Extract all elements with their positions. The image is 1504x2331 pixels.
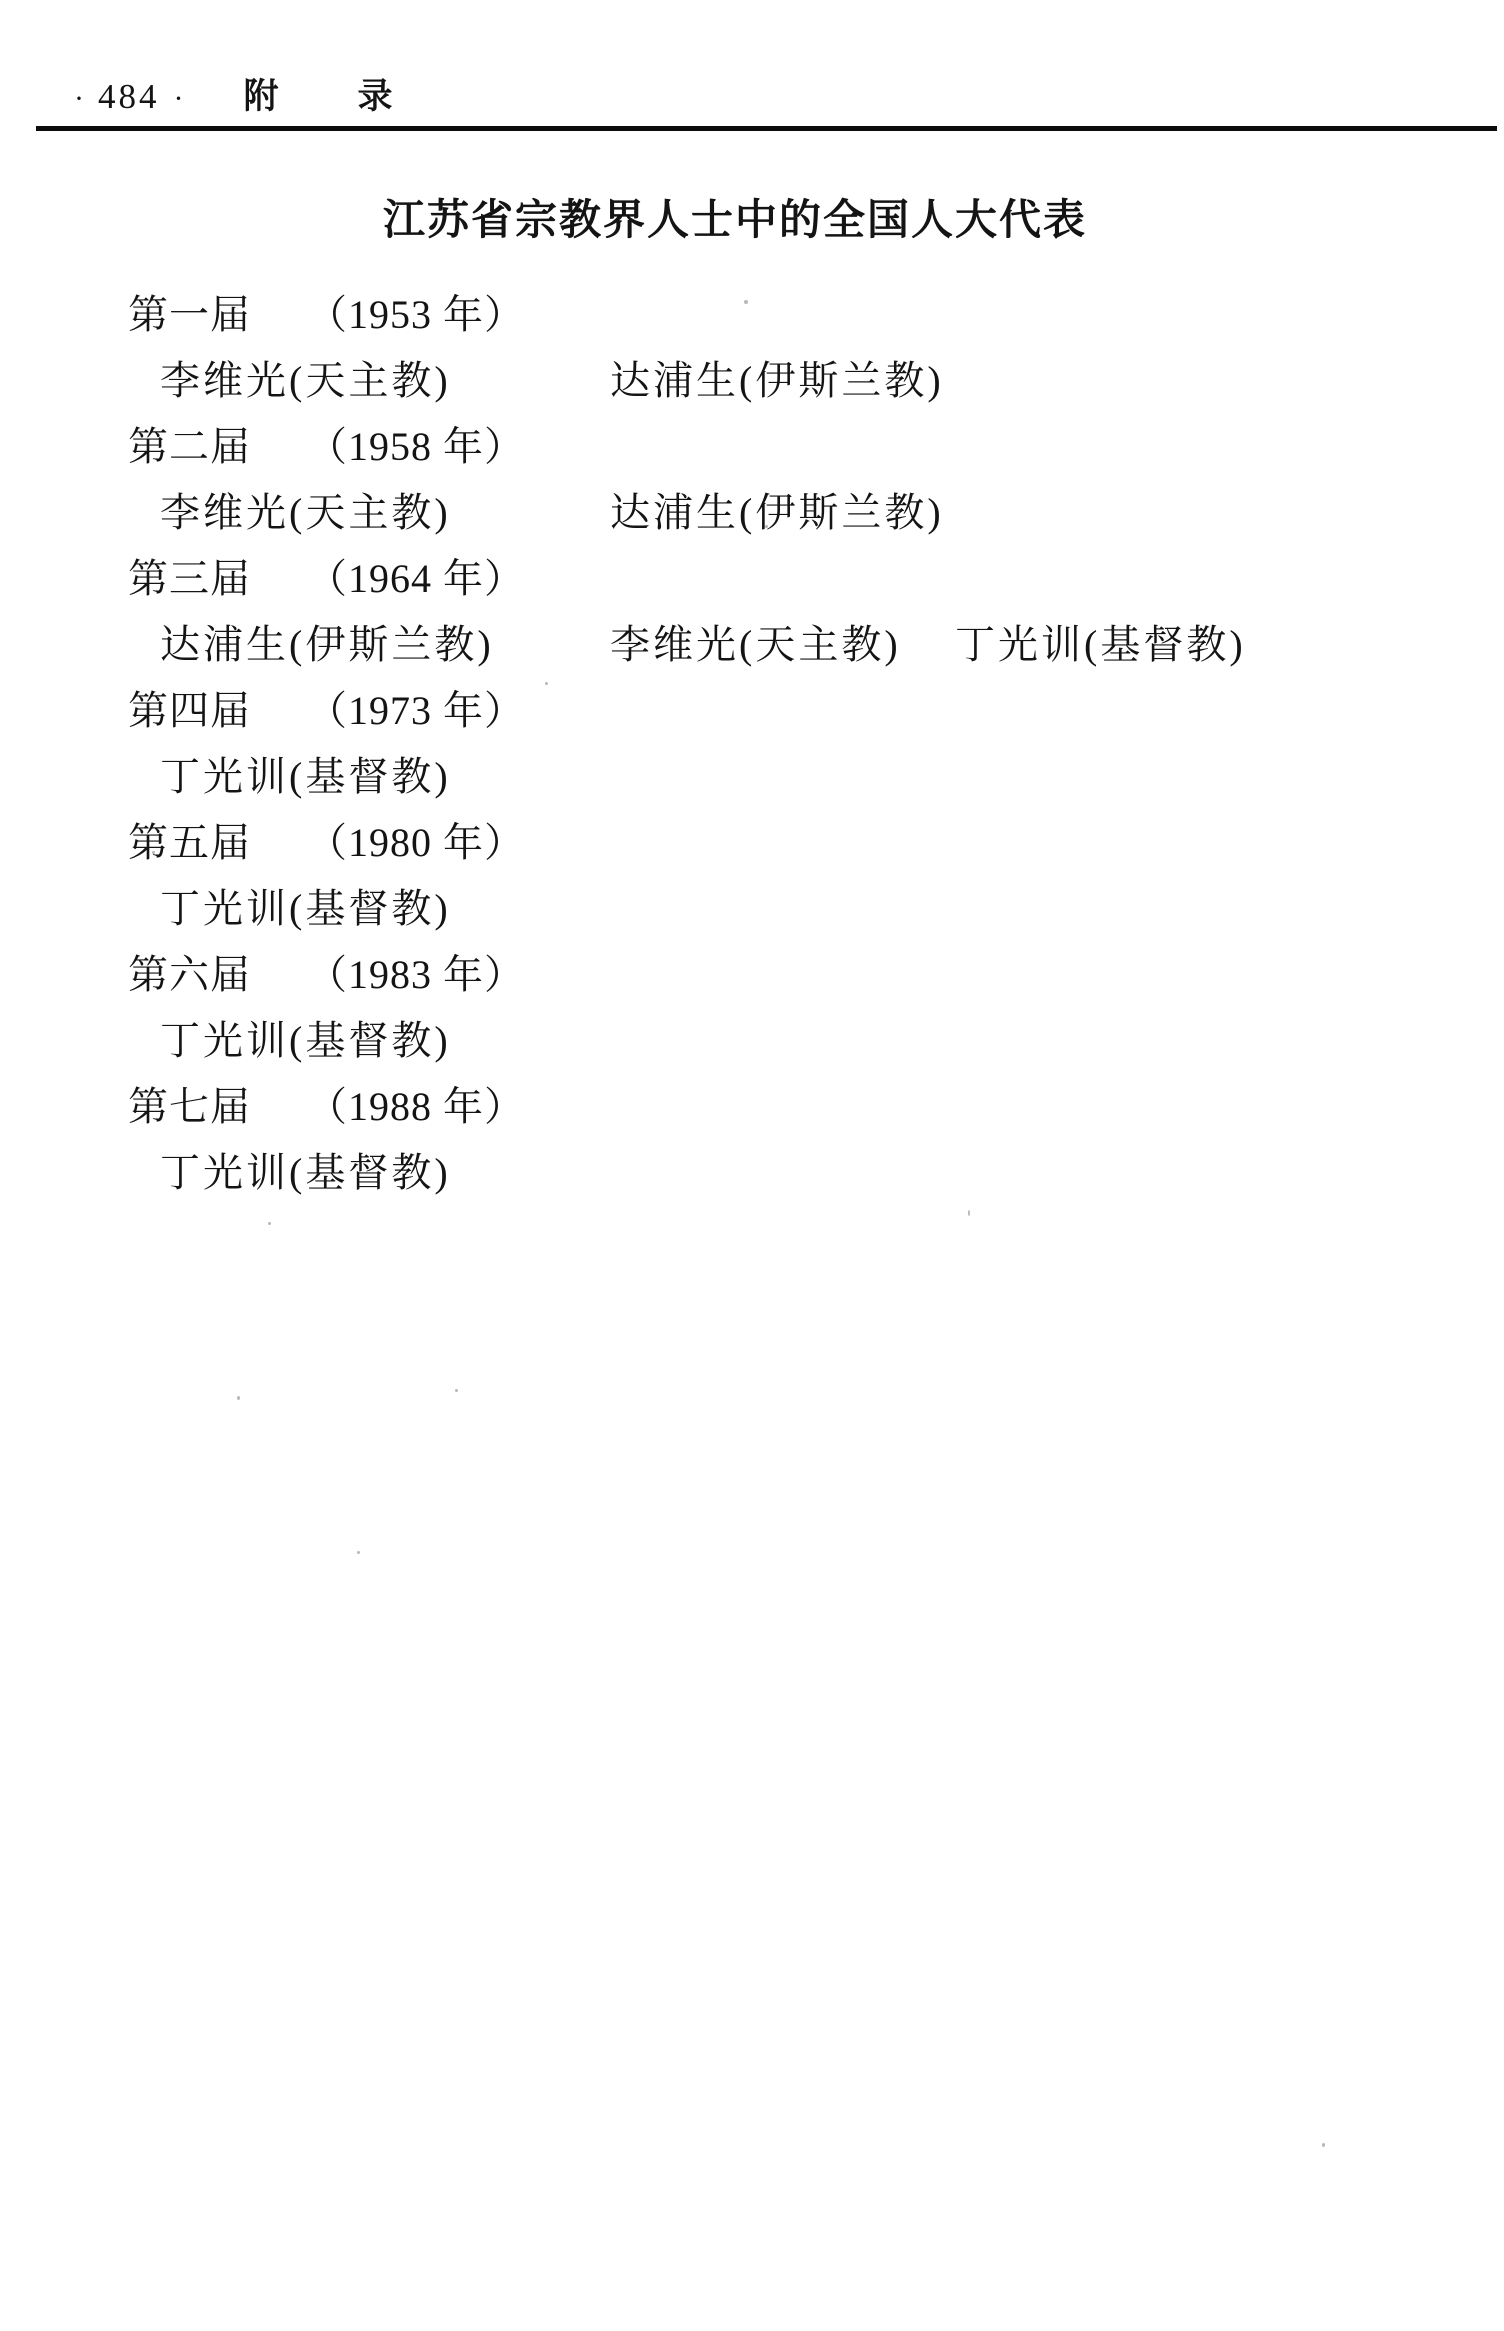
session-label: 第五届 [128, 810, 251, 876]
scan-speck [357, 1551, 360, 1554]
document-title: 江苏省宗教界人士中的全国人大代表 [0, 197, 1470, 245]
session-year: （1958 年） [307, 414, 525, 480]
session-row-1: 第一届 （1953 年） [0, 282, 1504, 348]
scan-speck [744, 300, 748, 304]
member-name: 达浦生(伊斯兰教) [610, 480, 944, 546]
session-year: （1964 年） [307, 546, 525, 612]
session-members-2: 李维光(天主教) 达浦生(伊斯兰教) [0, 480, 1504, 546]
page-number: 484 [98, 80, 160, 114]
appendix-label-char-1: 附 [244, 80, 280, 114]
session-row-5: 第五届 （1980 年） [0, 810, 1504, 876]
scan-speck [765, 525, 768, 528]
session-row-6: 第六届 （1983 年） [0, 942, 1504, 1008]
session-members-1: 李维光(天主教) 达浦生(伊斯兰教) [0, 348, 1504, 414]
session-label: 第三届 [128, 546, 251, 612]
member-name: 丁光训(基督教) [160, 876, 451, 942]
scan-speck [1322, 2143, 1325, 2147]
appendix-label-char-2: 录 [358, 80, 394, 114]
session-row-2: 第二届 （1958 年） [0, 414, 1504, 480]
member-name: 达浦生(伊斯兰教) [160, 612, 610, 678]
session-year: （1983 年） [307, 942, 525, 1008]
scan-speck [268, 1222, 271, 1225]
member-name: 李维光(天主教) [160, 480, 610, 546]
session-year: （1973 年） [307, 678, 525, 744]
scan-speck [968, 1210, 970, 1216]
session-row-7: 第七届 （1988 年） [0, 1074, 1504, 1140]
member-name: 丁光训(基督教) [160, 744, 451, 810]
session-list: 第一届 （1953 年） 李维光(天主教) 达浦生(伊斯兰教) 第二届 （195… [0, 282, 1504, 1206]
page-number-left-dot: · [74, 82, 84, 116]
running-head: · 484 · 附 录 [60, 80, 394, 116]
session-label: 第一届 [128, 282, 251, 348]
session-row-4: 第四届 （1973 年） [0, 678, 1504, 744]
scan-speck [455, 1389, 458, 1392]
session-label: 第二届 [128, 414, 251, 480]
session-label: 第四届 [128, 678, 251, 744]
member-name: 李维光(天主教) [160, 348, 610, 414]
session-label: 第六届 [128, 942, 251, 1008]
scan-speck [152, 851, 155, 854]
session-year: （1988 年） [307, 1074, 525, 1140]
scan-speck [545, 682, 548, 685]
page-number-right-dot: · [174, 82, 184, 116]
session-year: （1980 年） [307, 810, 525, 876]
member-name: 达浦生(伊斯兰教) [610, 348, 944, 414]
session-label: 第七届 [128, 1074, 251, 1140]
session-members-4: 丁光训(基督教) [0, 744, 1504, 810]
session-members-3: 达浦生(伊斯兰教) 李维光(天主教) 丁光训(基督教) [0, 612, 1504, 678]
member-name: 丁光训(基督教) [955, 612, 1246, 678]
session-members-7: 丁光训(基督教) [0, 1140, 1504, 1206]
member-name: 李维光(天主教) [610, 612, 955, 678]
scan-speck [237, 1396, 240, 1400]
scanned-book-page: · 484 · 附 录 江苏省宗教界人士中的全国人大代表 第一届 （1953 年… [0, 0, 1504, 2331]
member-name: 丁光训(基督教) [160, 1140, 451, 1206]
header-rule [36, 126, 1497, 131]
session-members-5: 丁光训(基督教) [0, 876, 1504, 942]
session-members-6: 丁光训(基督教) [0, 1008, 1504, 1074]
member-name: 丁光训(基督教) [160, 1008, 451, 1074]
session-year: （1953 年） [307, 282, 525, 348]
session-row-3: 第三届 （1964 年） [0, 546, 1504, 612]
